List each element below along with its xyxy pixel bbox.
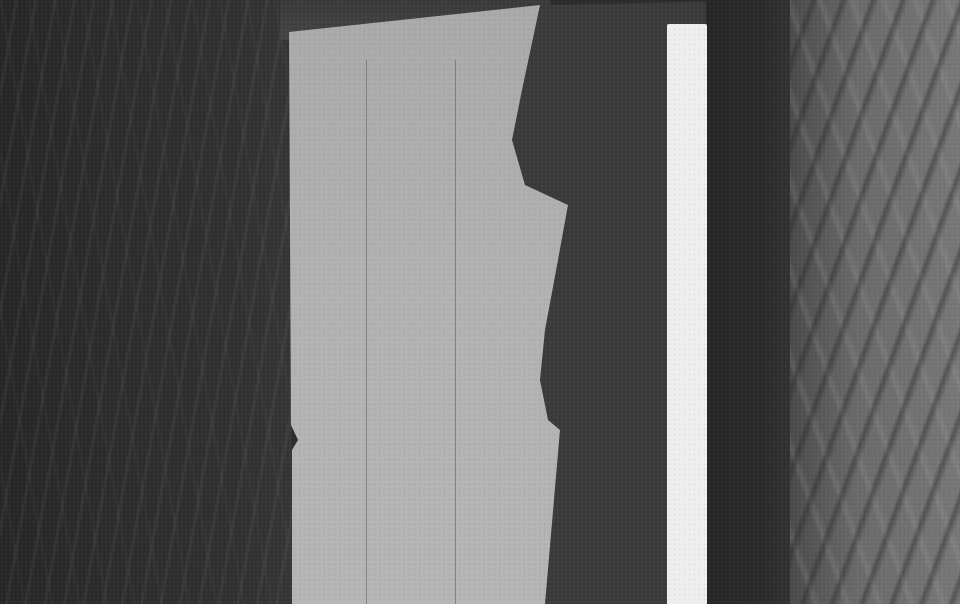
fold-line — [455, 60, 456, 604]
fold-line — [366, 60, 367, 604]
artwork — [0, 0, 960, 604]
textured-dark-left-panel — [0, 0, 292, 604]
white-vertical-bar — [667, 24, 707, 604]
dark-vertical-band — [706, 0, 796, 604]
textured-right-panel — [790, 0, 960, 604]
